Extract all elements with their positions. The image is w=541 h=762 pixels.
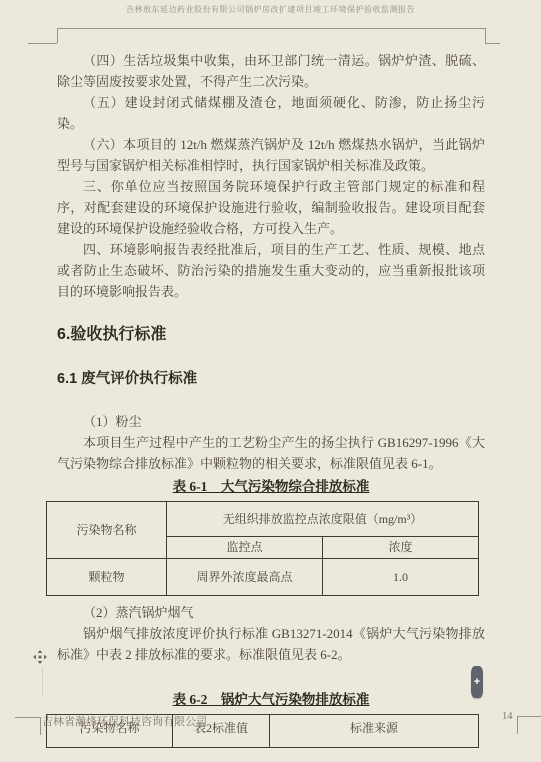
page-number: 14: [502, 711, 513, 722]
table-group-header-cell: 无组织排放监控点浓度限值（mg/m³）: [167, 502, 479, 537]
top-left-boundary-mark: [57, 28, 58, 43]
table-cell: 颗粒物: [47, 559, 167, 596]
list-item-label: （1）粉尘: [57, 411, 485, 432]
paragraph: 四、环境影响报告表经批准后，项目的生产工艺、性质、规模、地点或者防止生态破坏、防…: [57, 239, 485, 302]
document-page: { "page": { "background_color": "#ece9dc…: [0, 0, 541, 762]
table1-caption: 表 6-1 大气污染物综合排放标准: [57, 476, 485, 497]
table-air-pollutant-comprehensive: 污染物名称 无组织排放监控点浓度限值（mg/m³） 监控点 浓度 颗粒物 周界外…: [46, 501, 479, 596]
table-cell: 1.0: [323, 559, 479, 596]
subsection-heading: 6.1 废气评价执行标准: [57, 369, 485, 389]
table-header-cell: 标准来源: [270, 715, 479, 748]
insert-column-button[interactable]: +: [471, 666, 483, 698]
table-gridline-hint: [42, 668, 43, 696]
bottom-right-boundary-mark: [517, 716, 518, 734]
footer-company-name: 吉林省瀚烽环保科技咨询有限公司: [42, 713, 207, 729]
paragraph: 锅炉烟气排放浓度评价执行标准 GB13271-2014《锅炉大气污染物排放标准》…: [57, 623, 485, 665]
paragraph: （五）建设封闭式储煤棚及渣仓，地面须硬化、防渗，防止扬尘污染。: [57, 92, 485, 134]
table-header-cell: 污染物名称: [47, 502, 167, 559]
top-right-boundary-mark: [485, 28, 486, 43]
list-item-label: （2）蒸汽锅炉烟气: [57, 602, 485, 623]
paragraph: （六）本项目的 12t/h 燃煤蒸汽锅炉及 12t/h 燃煤热水锅炉，当此锅炉型…: [57, 134, 485, 176]
paragraph: 本项目生产过程中产生的工艺粉尘产生的扬尘执行 GB16297-1996《大气污染…: [57, 432, 485, 474]
table-move-handle-icon[interactable]: [33, 650, 47, 664]
bottom-right-boundary-stub: [517, 716, 541, 717]
top-boundary-line: [57, 28, 485, 29]
page-header-title: 吉林敖东延边药业股份有限公司锅炉房改扩建项目竣工环境保护验收监测报告: [0, 4, 541, 15]
table-row: 颗粒物 周界外浓度最高点 1.0: [47, 559, 479, 596]
top-right-boundary-stub: [485, 43, 500, 44]
table-subheader-cell: 监控点: [167, 537, 323, 559]
bottom-left-boundary-mark: [40, 717, 41, 735]
bottom-left-boundary-stub: [15, 717, 40, 718]
document-body: （四）生活垃圾集中收集，由环卫部门统一清运。锅炉炉渣、脱硫、除尘等固废按要求处置…: [57, 50, 485, 748]
section-heading: 6.验收执行标准: [57, 325, 485, 345]
table-subheader-cell: 浓度: [323, 537, 479, 559]
table2-caption: 表 6-2 锅炉大气污染物排放标准: [57, 689, 485, 710]
table-cell: 周界外浓度最高点: [167, 559, 323, 596]
top-left-boundary-stub: [28, 43, 57, 44]
paragraph: 三、你单位应当按照国务院环境保护行政主管部门规定的标准和程序，对配套建设的环境保…: [57, 176, 485, 239]
paragraph: （四）生活垃圾集中收集，由环卫部门统一清运。锅炉炉渣、脱硫、除尘等固废按要求处置…: [57, 50, 485, 92]
